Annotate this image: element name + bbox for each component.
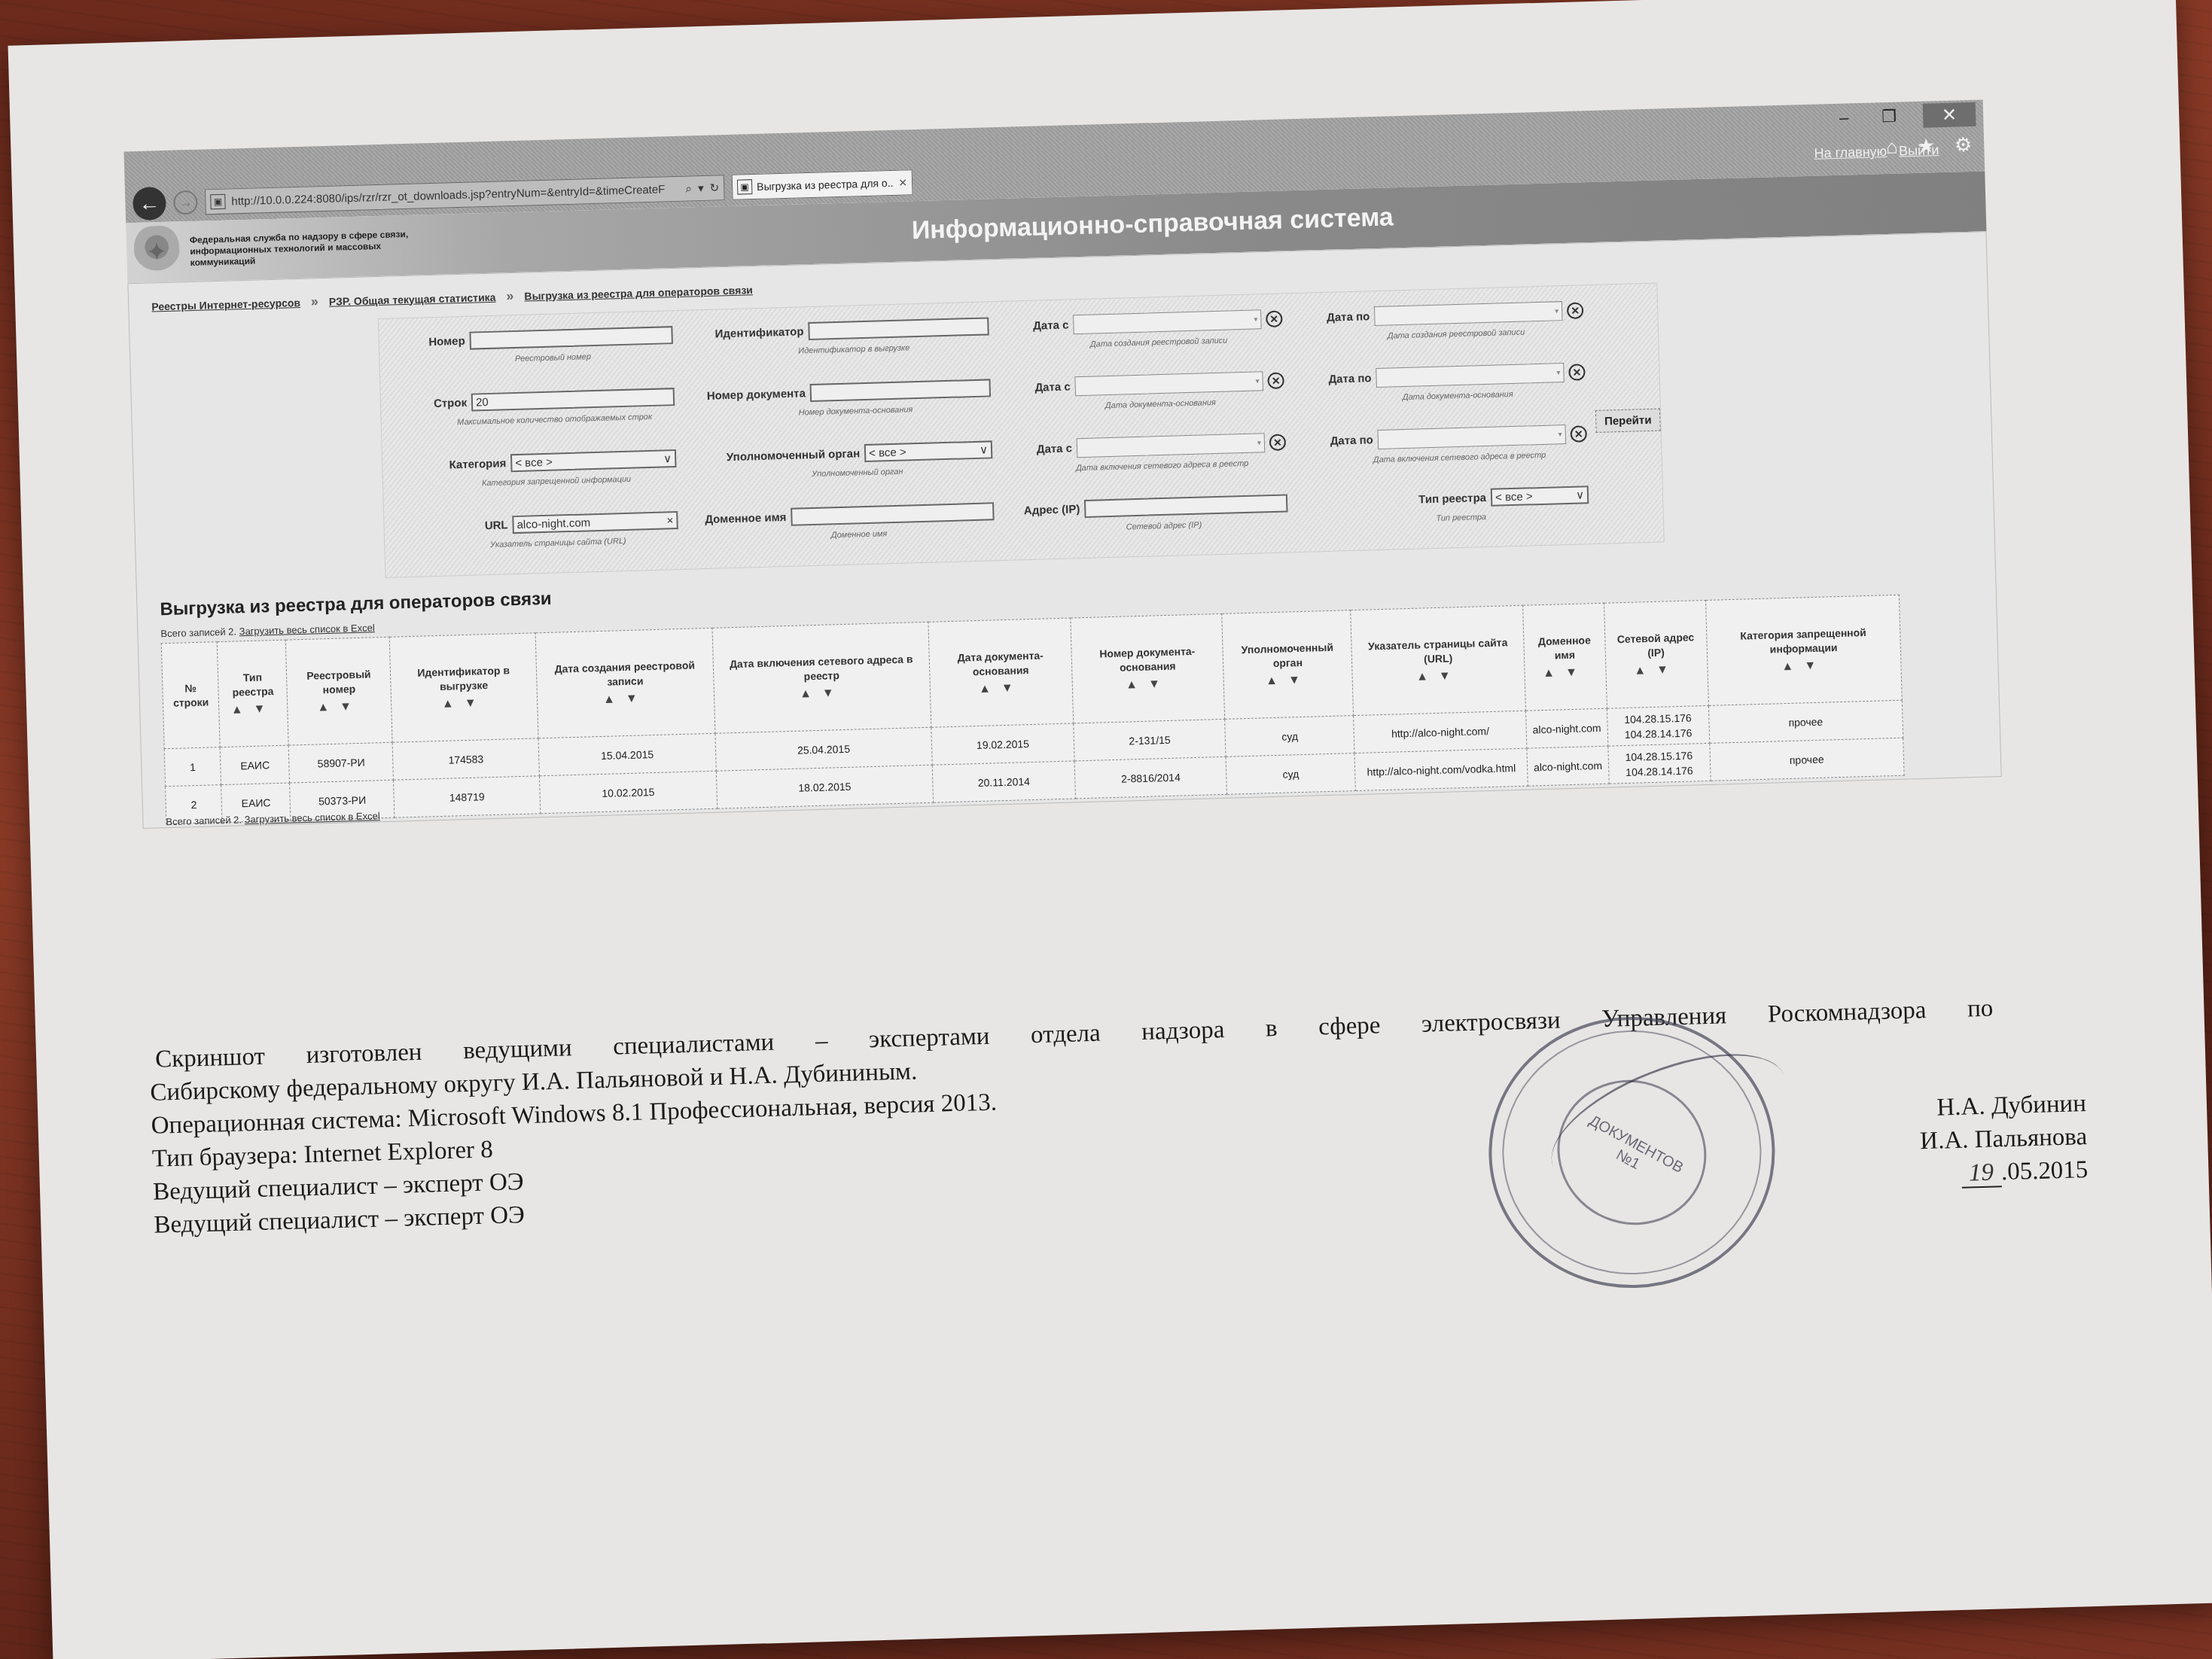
column-label: Идентификатор в выгрузке bbox=[417, 664, 510, 693]
forward-button[interactable]: → bbox=[173, 190, 198, 215]
records-count: Всего записей 2. bbox=[166, 814, 242, 827]
dropdown-icon: ▾ bbox=[1558, 431, 1562, 439]
field-label: Доменное имя bbox=[705, 511, 787, 526]
doc-number-input[interactable] bbox=[810, 379, 992, 402]
field-label: URL bbox=[485, 519, 508, 532]
tab-close-icon[interactable]: ✕ bbox=[898, 176, 907, 189]
column-label: Номер документа-основания bbox=[1099, 645, 1195, 674]
settings-gear-icon[interactable]: ⚙ bbox=[1955, 133, 1973, 157]
filter-column: Дата по ▾ ✕ Дата создания реестровой зап… bbox=[1282, 300, 1590, 551]
sort-arrows-icon[interactable]: ▲▼ bbox=[1356, 667, 1522, 686]
table-cell: 1 bbox=[164, 747, 221, 787]
breadcrumb-item[interactable]: Реестры Интернет-ресурсов bbox=[151, 296, 300, 312]
filter-column: Идентификатор Идентификатор в выгрузке Н… bbox=[672, 317, 995, 568]
excel-download-link[interactable]: Загрузить весь список в Excel bbox=[239, 622, 374, 637]
column-header[interactable]: Реестровый номер▲▼ bbox=[286, 637, 393, 745]
breadcrumb-item[interactable]: РЗР. Общая текущая статистика bbox=[329, 291, 496, 307]
table-cell: прочее bbox=[1708, 700, 1903, 743]
url-input[interactable]: alco-night.com × bbox=[512, 511, 678, 534]
select-value: < все > bbox=[1495, 490, 1533, 504]
date-from-doc-picker[interactable]: ▾ bbox=[1074, 371, 1263, 396]
go-column: Перейти bbox=[1583, 298, 1673, 543]
registry-type-field: Тип реестра < все > ∨ Тип реестра bbox=[1287, 486, 1590, 551]
date-to-doc-field: Дата по ▾ ✕ Дата документа-основания bbox=[1284, 362, 1586, 428]
system-title: Информационно-справочная система bbox=[911, 202, 1394, 245]
table-cell: alco-night.com bbox=[1526, 708, 1608, 748]
sort-arrows-icon[interactable]: ▲▼ bbox=[934, 680, 1070, 698]
column-label: Указатель страницы сайта (URL) bbox=[1368, 636, 1508, 665]
field-hint: Дата включения сетевого адреса в реестр bbox=[1076, 459, 1249, 473]
clear-date-icon[interactable]: ✕ bbox=[1269, 434, 1287, 451]
signer-name: Н.А. Дубинин bbox=[1918, 1087, 2086, 1125]
signer-name: И.А. Пальянова bbox=[1920, 1120, 2088, 1158]
column-label: Реестровый номер bbox=[306, 668, 371, 696]
table-cell: 18.02.2015 bbox=[716, 765, 933, 808]
column-header[interactable]: Номер документа-основания▲▼ bbox=[1071, 613, 1225, 723]
table-cell: ЕАИС bbox=[221, 745, 290, 785]
table-cell: 19.02.2015 bbox=[931, 723, 1075, 765]
column-label: Категория запрещенной информации bbox=[1740, 626, 1866, 656]
column-header[interactable]: Уполномоченный орган▲▼ bbox=[1222, 610, 1354, 720]
rows-field: Строк 20 Максимальное количество отображ… bbox=[388, 388, 676, 453]
field-hint: Дата документа-основания bbox=[1105, 398, 1216, 410]
dropdown-icon: ▾ bbox=[1257, 439, 1261, 447]
clear-date-icon[interactable]: ✕ bbox=[1568, 364, 1586, 381]
field-hint: Доменное имя bbox=[831, 529, 888, 540]
chevron-down-icon: ∨ bbox=[980, 443, 988, 456]
results-title: Выгрузка из реестра для операторов связи bbox=[160, 589, 552, 621]
field-label: Дата по bbox=[1327, 310, 1370, 324]
home-link[interactable]: На главную bbox=[1814, 144, 1887, 162]
results-table: № строкиТип реестра▲▼Реестровый номер▲▼И… bbox=[161, 595, 1905, 824]
page-icon: ▣ bbox=[210, 194, 226, 210]
sort-arrows-icon[interactable]: ▲▼ bbox=[541, 689, 711, 708]
filter-panel: Номер Реестровый номер Строк 20 Максимал… bbox=[378, 283, 1665, 578]
records-count: Всего записей 2. bbox=[160, 626, 236, 639]
domain-input[interactable] bbox=[791, 502, 995, 526]
field-label: Дата с bbox=[1033, 318, 1069, 332]
field-hint: Максимальное количество отображаемых стр… bbox=[457, 412, 652, 427]
date-to-created-picker[interactable]: ▾ bbox=[1374, 301, 1563, 326]
restore-icon[interactable]: ❐ bbox=[1878, 106, 1901, 126]
column-label: Дата создания реестровой записи bbox=[554, 659, 695, 687]
column-label: № строки bbox=[173, 681, 209, 708]
number-input[interactable] bbox=[469, 326, 673, 350]
column-header[interactable]: Дата документа-основания▲▼ bbox=[928, 618, 1074, 727]
agency-name: Федеральная служба по надзору в сфере св… bbox=[190, 228, 431, 269]
sort-arrows-icon[interactable]: ▲▼ bbox=[1528, 665, 1603, 681]
date-to-created-field: Дата по ▾ ✕ Дата создания реестровой зап… bbox=[1282, 300, 1585, 366]
column-label: Уполномоченный орган bbox=[1241, 641, 1333, 669]
domain-field: Доменное имя Доменное имя bbox=[678, 502, 995, 568]
column-header: № строки bbox=[161, 642, 220, 749]
select-value: < все > bbox=[515, 455, 553, 469]
sort-arrows-icon[interactable]: ▲▼ bbox=[1227, 671, 1350, 689]
arrow-left-icon: ← bbox=[139, 191, 160, 216]
date-to-included-field: Дата по ▾ ✕ Дата включения сетевого адре… bbox=[1286, 424, 1589, 489]
identifier-input[interactable] bbox=[808, 317, 989, 340]
search-icon[interactable]: ⌕ bbox=[685, 182, 692, 195]
printed-screenshot: – ❐ ✕ ⌂ ★ ⚙ ← → ▣ http://10.0.0.224:8080… bbox=[124, 99, 2002, 829]
select-value: < все > bbox=[869, 446, 906, 459]
table-cell: прочее bbox=[1709, 738, 1904, 781]
sort-arrows-icon[interactable]: ▲▼ bbox=[395, 694, 534, 712]
rows-input[interactable]: 20 bbox=[471, 388, 675, 412]
clear-date-icon[interactable]: ✕ bbox=[1267, 372, 1284, 389]
sort-arrows-icon[interactable]: ▲▼ bbox=[1711, 656, 1898, 676]
field-hint: Тип реестра bbox=[1436, 513, 1486, 523]
identifier-field: Идентификатор Идентификатор в выгрузке bbox=[672, 317, 990, 383]
field-label: Номер документа bbox=[707, 387, 806, 403]
table-cell: 25.04.2015 bbox=[715, 727, 932, 771]
field-label: Номер bbox=[428, 334, 465, 348]
sort-arrows-icon[interactable]: ▲▼ bbox=[291, 699, 388, 716]
column-label: Дата включения сетевого адреса в реестр bbox=[730, 653, 913, 682]
table-cell: http://alco-night.com/vodka.html bbox=[1354, 748, 1528, 790]
dropdown-icon[interactable]: ▾ bbox=[698, 181, 704, 195]
date-to-included-picker[interactable]: ▾ bbox=[1378, 425, 1567, 449]
field-hint: Сетевой адрес (IP) bbox=[1126, 521, 1202, 532]
clear-date-icon[interactable]: ✕ bbox=[1567, 302, 1584, 319]
authority-field: Уполномоченный орган < все > ∨ Уполномоч… bbox=[676, 440, 994, 507]
arrow-right-icon: → bbox=[178, 194, 193, 210]
column-label: Дата документа-основания bbox=[957, 650, 1044, 678]
chevron-down-icon: ∨ bbox=[663, 452, 672, 465]
table-cell: 174583 bbox=[392, 738, 539, 780]
column-header[interactable]: Указатель страницы сайта (URL)▲▼ bbox=[1351, 605, 1526, 715]
breadcrumb-item[interactable]: Выгрузка из реестра для операторов связи bbox=[524, 284, 753, 302]
field-hint: Дата создания реестровой записи bbox=[1090, 336, 1228, 349]
date-to-doc-picker[interactable]: ▾ bbox=[1376, 363, 1565, 388]
minimize-icon[interactable]: – bbox=[1833, 108, 1856, 128]
field-label: Адрес (IP) bbox=[1024, 503, 1080, 517]
table-cell: суд bbox=[1226, 753, 1355, 795]
filter-column: Дата с ▾ ✕ Дата создания реестровой запи… bbox=[989, 309, 1289, 560]
table-cell: суд bbox=[1225, 716, 1354, 757]
table-cell: alco-night.com bbox=[1527, 746, 1609, 786]
number-field: Номер Реестровый номер bbox=[386, 326, 674, 391]
date-from-doc-field: Дата с ▾ ✕ Дата документа-основания bbox=[990, 370, 1285, 436]
field-hint: Указатель страницы сайта (URL) bbox=[490, 537, 626, 549]
column-header[interactable]: Дата включения сетевого адреса в реестр▲… bbox=[712, 622, 931, 733]
table-cell: 15.04.2015 bbox=[538, 733, 717, 776]
table-cell: 58907-РИ bbox=[289, 742, 394, 783]
date-from-created-field: Дата с ▾ ✕ Дата создания реестровой запи… bbox=[989, 309, 1284, 375]
records-summary-top: Всего записей 2. Загрузить весь список в… bbox=[160, 622, 375, 639]
column-label: Сетевой адрес (IP) bbox=[1617, 631, 1695, 659]
tab-title: Выгрузка из реестра для о... bbox=[757, 177, 894, 193]
table-cell: http://alco-night.com/ bbox=[1354, 711, 1527, 753]
field-label: Дата по bbox=[1330, 434, 1374, 448]
field-label: Уполномоченный орган bbox=[727, 447, 861, 464]
field-hint: Дата включения сетевого адреса в реестр bbox=[1373, 451, 1546, 464]
column-header[interactable]: Идентификатор в выгрузке▲▼ bbox=[390, 633, 538, 742]
printed-page: – ❐ ✕ ⌂ ★ ⚙ ← → ▣ http://10.0.0.224:8080… bbox=[8, 0, 2212, 1659]
field-hint: Дата документа-основания bbox=[1403, 390, 1513, 402]
page-icon: ▣ bbox=[737, 179, 753, 195]
main-content: Реестры Интернет-ресурсов » РЗР. Общая т… bbox=[127, 231, 2001, 829]
field-hint: Реестровый номер bbox=[515, 352, 591, 364]
chevron-right-icon: » bbox=[506, 288, 514, 304]
browser-tab[interactable]: ▣ Выгрузка из реестра для о... ✕ bbox=[732, 169, 913, 200]
sort-arrows-icon[interactable]: ▲▼ bbox=[1609, 662, 1704, 679]
dropdown-icon: ▾ bbox=[1254, 315, 1257, 324]
date-from-included-field: Дата с ▾ ✕ Дата включения сетевого адрес… bbox=[992, 432, 1287, 498]
date-from-included-picker[interactable]: ▾ bbox=[1077, 433, 1266, 458]
sort-arrows-icon[interactable]: ▲▼ bbox=[718, 683, 927, 704]
column-header[interactable]: Тип реестра▲▼ bbox=[218, 640, 289, 747]
registry-type-select[interactable]: < все > ∨ bbox=[1491, 486, 1589, 507]
ip-input[interactable] bbox=[1084, 494, 1288, 518]
field-label: Дата с bbox=[1037, 442, 1073, 455]
sort-arrows-icon[interactable]: ▲▼ bbox=[1076, 675, 1221, 693]
column-header[interactable]: Категория запрещенной информации▲▼ bbox=[1705, 595, 1902, 705]
category-field: Категория < все > ∨ Категория запрещенно… bbox=[390, 449, 678, 515]
eagle-emblem-icon: ✦ bbox=[133, 225, 180, 279]
field-label: Строк bbox=[434, 396, 467, 409]
table-cell: 20.11.2014 bbox=[932, 761, 1076, 802]
back-button[interactable]: ← bbox=[133, 187, 166, 221]
handwritten-day: 19 bbox=[1961, 1158, 2001, 1188]
date-rest: .05.2015 bbox=[2000, 1156, 2088, 1186]
date-from-created-picker[interactable]: ▾ bbox=[1073, 309, 1262, 334]
field-hint: Категория запрещенной информации bbox=[482, 475, 632, 489]
filter-column: Номер Реестровый номер Строк 20 Максимал… bbox=[386, 326, 679, 576]
address-text[interactable]: http://10.0.0.224:8080/ips/rzr/rzr_ot_do… bbox=[231, 182, 680, 208]
field-label: Дата по bbox=[1328, 372, 1372, 386]
sort-arrows-icon[interactable]: ▲▼ bbox=[222, 702, 285, 717]
field-label: Дата с bbox=[1034, 380, 1071, 394]
field-hint: Дата создания реестровой записи bbox=[1388, 328, 1525, 341]
url-field: URL alco-night.com × Указатель страницы … bbox=[392, 511, 679, 577]
table-cell: 148719 bbox=[394, 776, 541, 817]
field-hint: Номер документа-основания bbox=[799, 405, 913, 417]
chevron-right-icon: » bbox=[311, 294, 319, 309]
column-label: Доменное имя bbox=[1538, 634, 1591, 661]
chevron-down-icon: ∨ bbox=[1576, 488, 1584, 501]
column-header[interactable]: Доменное имя▲▼ bbox=[1523, 603, 1607, 711]
field-label: Тип реестра bbox=[1418, 492, 1486, 507]
go-button[interactable]: Перейти bbox=[1595, 409, 1661, 433]
column-header[interactable]: Сетевой адрес (IP)▲▼ bbox=[1604, 600, 1708, 708]
dropdown-icon: ▾ bbox=[1556, 369, 1560, 377]
dropdown-icon: ▾ bbox=[1255, 377, 1259, 385]
signers-block: Н.А. Дубинин И.А. Пальянова 19.05.2015 bbox=[1918, 1087, 2088, 1191]
table-cell: 104.28.15.176 104.28.14.176 bbox=[1607, 705, 1709, 746]
category-select[interactable]: < все > ∨ bbox=[510, 449, 677, 472]
logout-link[interactable]: Выйти bbox=[1899, 142, 1939, 159]
ip-field: Адрес (IP) Сетевой адрес (IP) bbox=[994, 494, 1289, 559]
field-hint: Идентификатор в выгрузке bbox=[798, 343, 909, 355]
column-header[interactable]: Дата создания реестровой записи▲▼ bbox=[535, 628, 715, 738]
table-cell: 10.02.2015 bbox=[539, 771, 718, 814]
table-cell: 2-8816/2014 bbox=[1074, 756, 1226, 799]
refresh-icon[interactable]: ↻ bbox=[709, 181, 719, 194]
clear-icon[interactable]: × bbox=[666, 514, 673, 527]
authority-select[interactable]: < все > ∨ bbox=[864, 440, 993, 462]
clear-date-icon[interactable]: ✕ bbox=[1570, 425, 1587, 443]
table-cell: 104.28.15.176 104.28.14.176 bbox=[1608, 743, 1711, 784]
doc-number-field: Номер документа Номер документа-основани… bbox=[675, 379, 992, 445]
signature-date: 19.05.2015 bbox=[1921, 1153, 2089, 1191]
close-icon[interactable]: ✕ bbox=[1923, 102, 1976, 128]
field-label: Категория bbox=[449, 457, 506, 471]
field-hint: Уполномоченный орган bbox=[812, 467, 903, 479]
field-label: Идентификатор bbox=[714, 325, 803, 340]
window-controls: – ❐ ✕ bbox=[1833, 100, 1976, 132]
dropdown-icon: ▾ bbox=[1555, 307, 1558, 315]
table-cell: 2-131/15 bbox=[1074, 719, 1226, 761]
input-value: alco-night.com bbox=[516, 516, 590, 531]
column-label: Тип реестра bbox=[232, 671, 273, 699]
clear-date-icon[interactable]: ✕ bbox=[1266, 311, 1283, 328]
